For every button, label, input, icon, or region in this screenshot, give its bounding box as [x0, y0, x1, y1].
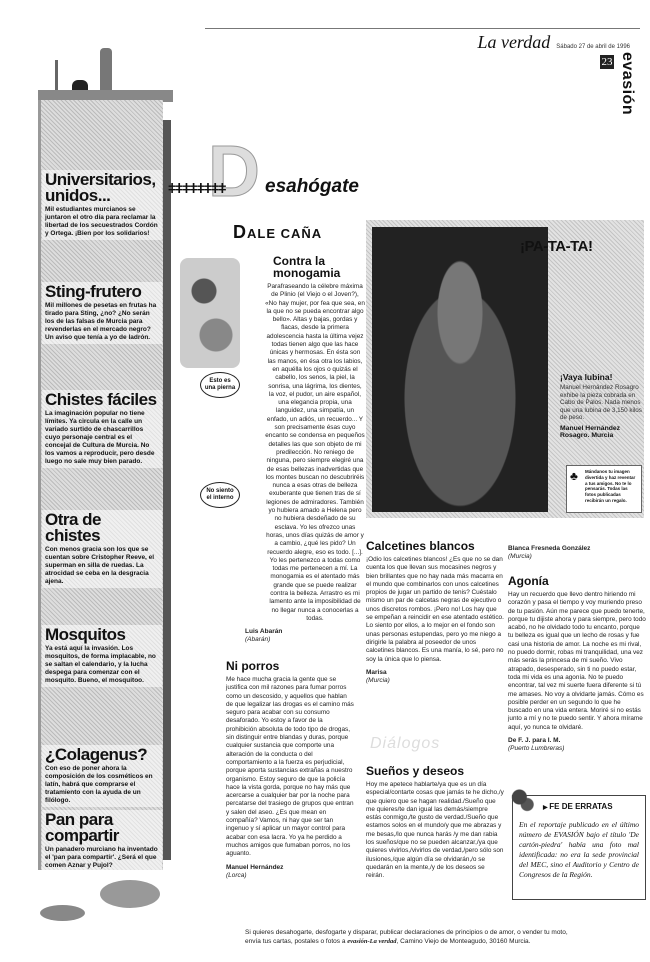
story-body: Con menos gracia son los que se cuentan … [45, 546, 159, 586]
sidebar-story: Chistes fáciles La imaginación popular n… [42, 390, 162, 468]
subsection-initial: D [233, 222, 247, 242]
erratas-title: FE DE ERRATAS [543, 802, 613, 811]
story-body: Ya está aquí la invasión. Los mosquitos,… [45, 645, 159, 685]
article-title: Calcetines blancos [366, 540, 504, 552]
article-agonia: Agonía Hay un recuerdo que llevo dentro … [508, 575, 646, 754]
article-title: Sueños y deseos [366, 765, 504, 777]
section-title: esahógate [265, 176, 359, 198]
caption-body: Manuel Hernández Rosagro exhibe la pieza… [560, 384, 642, 422]
story-title: Pan para compartir [45, 812, 159, 844]
story-body: La imaginación popular no tiene límites.… [45, 410, 159, 466]
subsection-rest: ALE CAÑA [247, 226, 322, 241]
photo-headline: ¡PA-TA-TA! [520, 238, 592, 255]
speech-bubble: No siento el interno [200, 482, 240, 508]
section-name: evasión [618, 52, 636, 115]
bread-icon [40, 905, 85, 921]
article-calcetines: Calcetines blancos ¡Odio los calcetines … [366, 540, 504, 685]
photo-caption: ¡Vaya lubina! Manuel Hernández Rosagro e… [560, 372, 642, 440]
reader-photo [372, 227, 548, 512]
faded-header: Diálogos [370, 735, 440, 753]
article-author: Manuel Hernández [226, 864, 354, 872]
article-suenos: Sueños y deseos Hoy me apetece hablarte/… [366, 765, 504, 925]
erratas-body: En el reportaje publicado en el último n… [519, 820, 639, 880]
story-title: Mosquitos [45, 627, 159, 643]
sidebar-story: Universitarios, unidos... Mil estudiante… [42, 170, 162, 240]
sidebar-story: Pan para compartir Un panadero murciano … [42, 810, 162, 872]
article-place: (Abarán) [245, 636, 365, 644]
article-body: Hay un recuerdo que llevo dentro hiriend… [508, 591, 646, 732]
bread-icon [100, 880, 160, 908]
top-rule [205, 28, 640, 29]
story-body: Mil estudiantes murcianos se juntaron el… [45, 206, 159, 238]
masthead: La verdad Sábado 27 de abril de 1996 [477, 32, 630, 53]
footer-note: Si quieres desahogarte, desfogarte y dis… [245, 928, 645, 946]
antenna-icon [55, 60, 58, 92]
article-place: (Murcia) [366, 677, 504, 685]
footer-line: Si quieres desahogarte, desfogarte y dis… [245, 928, 645, 937]
photo-promo: ♣ Mándanos tu imagen divertida y haz rev… [566, 465, 642, 513]
story-title: Universitarios, unidos... [45, 172, 159, 204]
article-author: Blanca Fresneda González [508, 545, 646, 553]
story-body: Un panadero murciano ha inventado el 'pa… [45, 846, 159, 870]
footer-address-name: evasión-La verdad [347, 938, 396, 945]
article-body: Me hace mucha gracia la gente que se jus… [226, 676, 354, 859]
footer-text: , Camino Viejo de Monteagudo, 30160 Murc… [397, 938, 531, 945]
article-body: ¡Odio los calcetines blancos! ¿Es que no… [366, 556, 504, 664]
article-author: Marisa [366, 669, 504, 677]
story-body: Con eso de poner ahora la composición de… [45, 765, 159, 805]
story-title: Otra de chistes [45, 512, 159, 544]
people-chain-icon: ǂǂǂǂǂǂǂǂ [168, 180, 225, 196]
story-title: ¿Colagenus? [45, 747, 159, 763]
flowers-icon [509, 788, 535, 818]
newspaper-logo: La verdad [477, 32, 550, 53]
article-suenos-end: Blanca Fresneda González (Murcia) [508, 533, 646, 562]
erratas-box: FE DE ERRATAS En el reportaje publicado … [512, 795, 646, 900]
promo-text: Mándanos tu imagen divertida y haz reven… [585, 469, 635, 503]
club-icon: ♣ [570, 474, 578, 480]
sidebar-story: ¿Colagenus? Con eso de poner ahora la co… [42, 745, 162, 807]
story-title: Chistes fáciles [45, 392, 159, 408]
building-side [163, 120, 171, 860]
caption-title: ¡Vaya lubina! [560, 372, 642, 382]
article-author: Luis Abarán [245, 628, 365, 636]
sidebar-story: Otra de chistes Con menos gracia son los… [42, 510, 162, 588]
article-porros: Ni porros Me hace mucha gracia la gente … [226, 660, 354, 880]
speech-bubble: Esto es una pierna [200, 372, 240, 398]
collage-illustration [180, 258, 240, 368]
caption-author: Manuel Hernández Rosagro. Murcia [560, 425, 642, 440]
article-title: Contra la monogamia [245, 255, 365, 279]
article-place: (Murcia) [508, 553, 646, 561]
article-body: Parafraseando la célebre máxima de Plini… [245, 283, 365, 623]
article-title: Ni porros [226, 660, 354, 672]
issue-date: Sábado 27 de abril de 1996 [556, 44, 630, 50]
subsection-title: DALE CAÑA [233, 222, 322, 243]
story-body: Mil millones de pesetas en frutas ha tir… [45, 302, 159, 342]
article-title: Agonía [508, 575, 646, 587]
article-place: (Puerto Lumbreras) [508, 745, 646, 753]
page-number: 23 [600, 55, 614, 69]
article-body: Hoy me apetece hablarte/ya que es un día… [366, 781, 504, 881]
footer-text: envía tus cartas, postales o fotos a [245, 938, 347, 945]
article-author: De F. J. para I. M. [508, 737, 646, 745]
chimney-icon [100, 48, 112, 93]
sidebar-story: Sting-frutero Mil millones de pesetas en… [42, 282, 162, 344]
sidebar-story: Mosquitos Ya está aquí la invasión. Los … [42, 625, 162, 687]
article-place: (Lorca) [226, 872, 354, 880]
article-monogamia: Contra la monogamia Parafraseando la cél… [245, 255, 365, 645]
footer-line: envía tus cartas, postales o fotos a eva… [245, 937, 645, 946]
story-title: Sting-frutero [45, 284, 159, 300]
